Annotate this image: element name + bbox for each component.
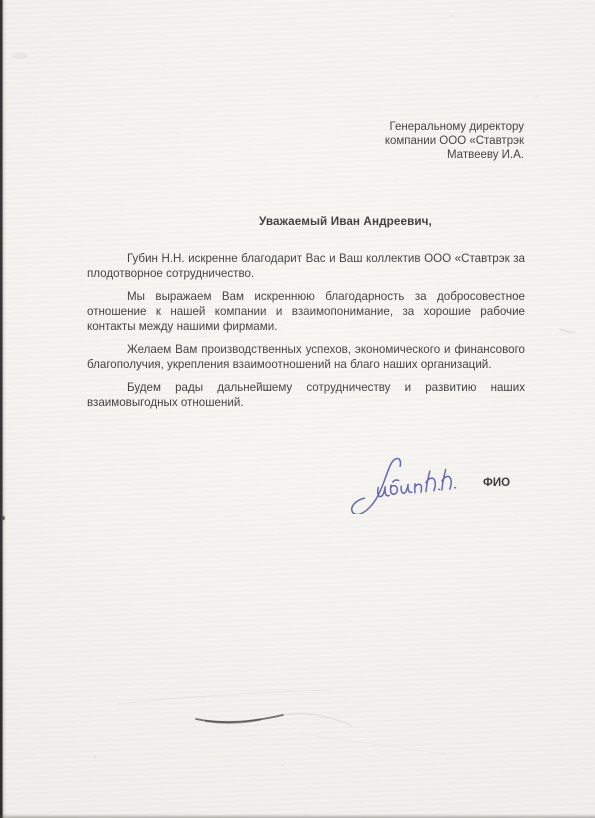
body-paragraph: Желаем Вам производственных успехов, эко… bbox=[87, 342, 525, 372]
recipient-line: Матвееву И.А. bbox=[385, 148, 524, 162]
handwritten-signature-icon bbox=[338, 454, 468, 514]
body-paragraph: Будем рады дальнейшему сотрудничеству и … bbox=[87, 380, 525, 410]
signature-ink-strokes bbox=[347, 454, 457, 514]
scanned-letter-page: Генеральному директору компании ООО «Ста… bbox=[0, 0, 595, 818]
recipient-line: Генеральному директору bbox=[385, 120, 524, 134]
signature-fio-label: ФИО bbox=[483, 477, 510, 489]
letter-body: Губин Н.Н. искренне благодарит Вас и Ваш… bbox=[87, 251, 525, 418]
scan-edge-bottom bbox=[0, 814, 595, 818]
recipient-line: компании ООО «Ставтрэк bbox=[385, 134, 524, 148]
body-paragraph: Губин Н.Н. искренне благодарит Вас и Ваш… bbox=[87, 251, 525, 281]
scan-edge-left bbox=[0, 0, 7, 818]
recipient-block: Генеральному директору компании ООО «Ста… bbox=[385, 120, 524, 162]
body-paragraph: Мы выражаем Вам искреннюю благодарность … bbox=[87, 289, 525, 334]
salutation: Уважаемый Иван Андреевич, bbox=[259, 215, 432, 228]
